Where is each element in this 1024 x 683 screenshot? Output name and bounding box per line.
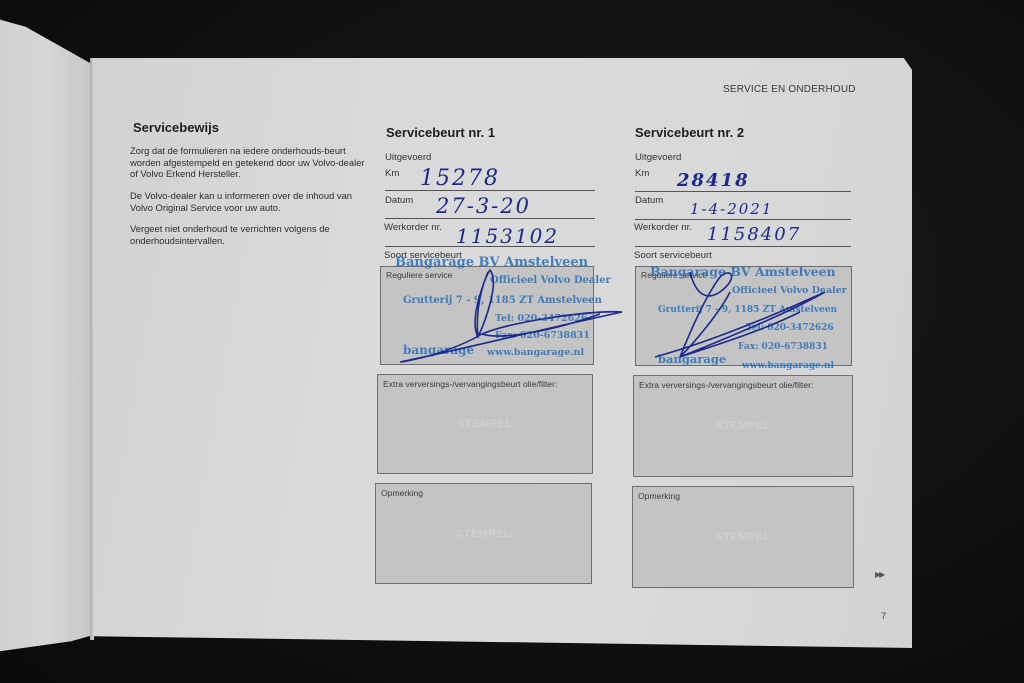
- service-2-opmerking-stempel: STEMPEL: [633, 531, 853, 543]
- service-1-werkorder-line: [385, 246, 595, 247]
- service-2-extra-label: Extra verversings-/vervangingsbeurt olie…: [639, 380, 813, 390]
- service-2-datum-value: 1-4-2021: [690, 200, 773, 218]
- service-1-title: Servicebeurt nr. 1: [386, 125, 495, 140]
- service-1-extra-stempel: STEMPEL: [378, 418, 592, 430]
- service-1-datum-value: 27-3-20: [436, 194, 531, 218]
- service-1-uitgevoerd-label: Uitgevoerd: [385, 152, 431, 163]
- service-2-werkorder-line: [635, 246, 851, 247]
- service-1-opmerking-label: Opmerking: [381, 488, 423, 498]
- service-1-extra-label: Extra verversings-/vervangingsbeurt olie…: [383, 379, 557, 389]
- service-1-werkorder-value: 1153102: [456, 224, 559, 248]
- service-1-opmerking-box: Opmerking STEMPEL: [375, 483, 592, 584]
- service-2-soort-label: Soort servicebeurt: [634, 250, 712, 261]
- service-2-opmerking-label: Opmerking: [638, 491, 680, 501]
- section-title: SERVICE EN ONDERHOUD: [723, 84, 856, 95]
- intro-paragraph-2: De Volvo-dealer kan u informeren over de…: [130, 190, 365, 213]
- service-1-datum-line: [385, 218, 595, 219]
- service-2-datum-line: [635, 219, 851, 220]
- page-number: 7: [881, 611, 886, 622]
- service-2-title: Servicebeurt nr. 2: [635, 125, 744, 140]
- intro-paragraph-3: Vergeet niet onderhoud te verrichten vol…: [130, 223, 365, 246]
- intro-title: Servicebewijs: [133, 120, 219, 135]
- service-1-km-label: Km: [385, 168, 399, 179]
- double-arrow-right-icon: ▶▶: [875, 570, 883, 579]
- service-2-werkorder-value: 1158407: [707, 224, 801, 245]
- intro-paragraph-1: Zorg dat de formulieren na iedere onderh…: [130, 145, 365, 180]
- service-1-datum-label: Datum: [385, 195, 413, 206]
- service-2-km-value: 28418: [677, 170, 750, 191]
- service-1-extra-box: Extra verversings-/vervangingsbeurt olie…: [377, 374, 593, 474]
- page-gutter: [90, 58, 94, 640]
- service-1-km-line: [385, 190, 595, 191]
- service-2-km-line: [635, 191, 851, 192]
- service-2-extra-box: Extra verversings-/vervangingsbeurt olie…: [633, 375, 853, 477]
- left-page: [0, 14, 94, 654]
- service-2-signature: [650, 262, 840, 372]
- service-2-km-label: Km: [635, 168, 649, 179]
- service-2-opmerking-box: Opmerking STEMPEL: [632, 486, 854, 588]
- service-1-opmerking-stempel: STEMPEL: [376, 528, 591, 540]
- service-2-extra-stempel: STEMPEL: [634, 420, 852, 432]
- service-1-km-value: 15278: [420, 166, 500, 191]
- service-1-werkorder-label: Werkorder nr.: [384, 222, 442, 233]
- service-1-signature: [390, 262, 630, 372]
- service-2-datum-label: Datum: [635, 195, 663, 206]
- service-2-uitgevoerd-label: Uitgevoerd: [635, 152, 681, 163]
- service-2-werkorder-label: Werkorder nr.: [634, 222, 692, 233]
